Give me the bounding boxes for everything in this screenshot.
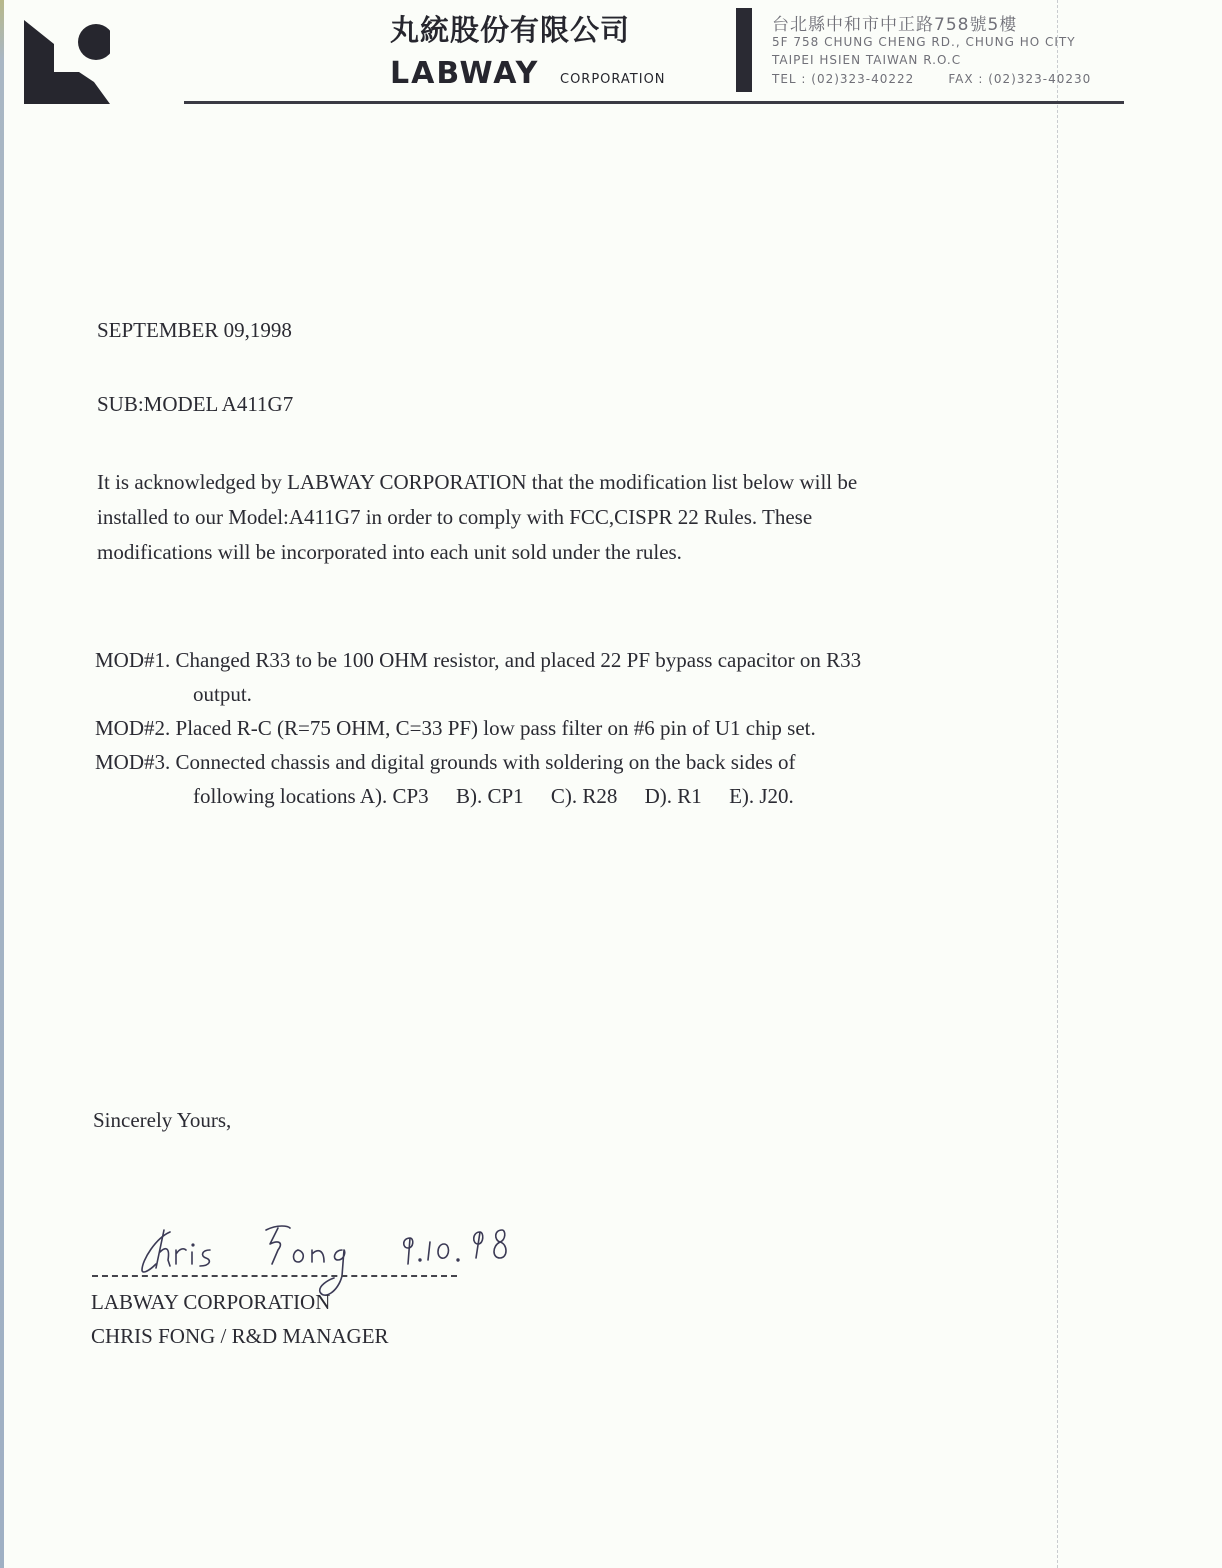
location-e: E). J20. (729, 784, 794, 808)
modification-label: MOD#1. (95, 648, 170, 672)
location-d: D). R1 (645, 784, 702, 808)
modification-text: Placed R-C (R=75 OHM, C=33 PF) low pass … (176, 716, 816, 740)
header-divider (184, 101, 1124, 104)
address-line-2: TAIPEI HSIEN TAIWAN R.O.C (772, 53, 961, 67)
address-line-1: 5F 758 CHUNG CHENG RD., CHUNG HO CITY (772, 35, 1076, 49)
letter-date: SEPTEMBER 09,1998 (97, 318, 292, 343)
fold-line (1057, 0, 1058, 1568)
company-name-english: LABWAY (390, 56, 539, 91)
fax-number: FAX : (02)323-40230 (948, 72, 1091, 86)
modification-label: MOD#2. (95, 716, 170, 740)
modification-text: Changed R33 to be 100 OHM resistor, and … (176, 648, 862, 672)
paragraph-line: installed to our Model:A411G7 in order t… (97, 500, 857, 535)
modification-item: MOD#1. Changed R33 to be 100 OHM resisto… (95, 643, 861, 677)
location-a: A). CP3 (360, 784, 429, 808)
address-bar-decoration (736, 8, 752, 92)
modification-item: MOD#3. Connected chassis and digital gro… (95, 745, 861, 779)
company-suffix: CORPORATION (560, 72, 666, 87)
acknowledgement-paragraph: It is acknowledged by LABWAY CORPORATION… (97, 465, 857, 570)
signer-name-title: CHRIS FONG / R&D MANAGER (91, 1324, 389, 1349)
modification-item: MOD#2. Placed R-C (R=75 OHM, C=33 PF) lo… (95, 711, 861, 745)
locations-prefix: following locations (193, 784, 356, 808)
modification-text: Connected chassis and digital grounds wi… (176, 750, 796, 774)
modification-label: MOD#3. (95, 750, 170, 774)
paragraph-line: It is acknowledged by LABWAY CORPORATION… (97, 465, 857, 500)
modification-list: MOD#1. Changed R33 to be 100 OHM resisto… (95, 643, 861, 813)
labway-logo-icon (24, 20, 110, 104)
address-chinese: 台北縣中和市中正路758號5樓 (772, 10, 1017, 35)
location-c: C). R28 (551, 784, 618, 808)
telephone-number: TEL : (02)323-40222 (772, 72, 914, 86)
company-name-chinese: 丸統股份有限公司 (390, 8, 630, 49)
contact-line: TEL : (02)323-40222FAX : (02)323-40230 (772, 72, 1091, 86)
location-b: B). CP1 (456, 784, 524, 808)
letter-subject: SUB:MODEL A411G7 (97, 392, 293, 417)
signer-organization: LABWAY CORPORATION (91, 1290, 330, 1315)
signature-line (92, 1275, 457, 1277)
modification-locations: following locations A). CP3 B). CP1 C). … (95, 779, 861, 813)
scan-edge (0, 0, 4, 1568)
closing: Sincerely Yours, (93, 1108, 231, 1133)
modification-continuation: output. (95, 677, 861, 711)
paragraph-line: modifications will be incorporated into … (97, 535, 857, 570)
